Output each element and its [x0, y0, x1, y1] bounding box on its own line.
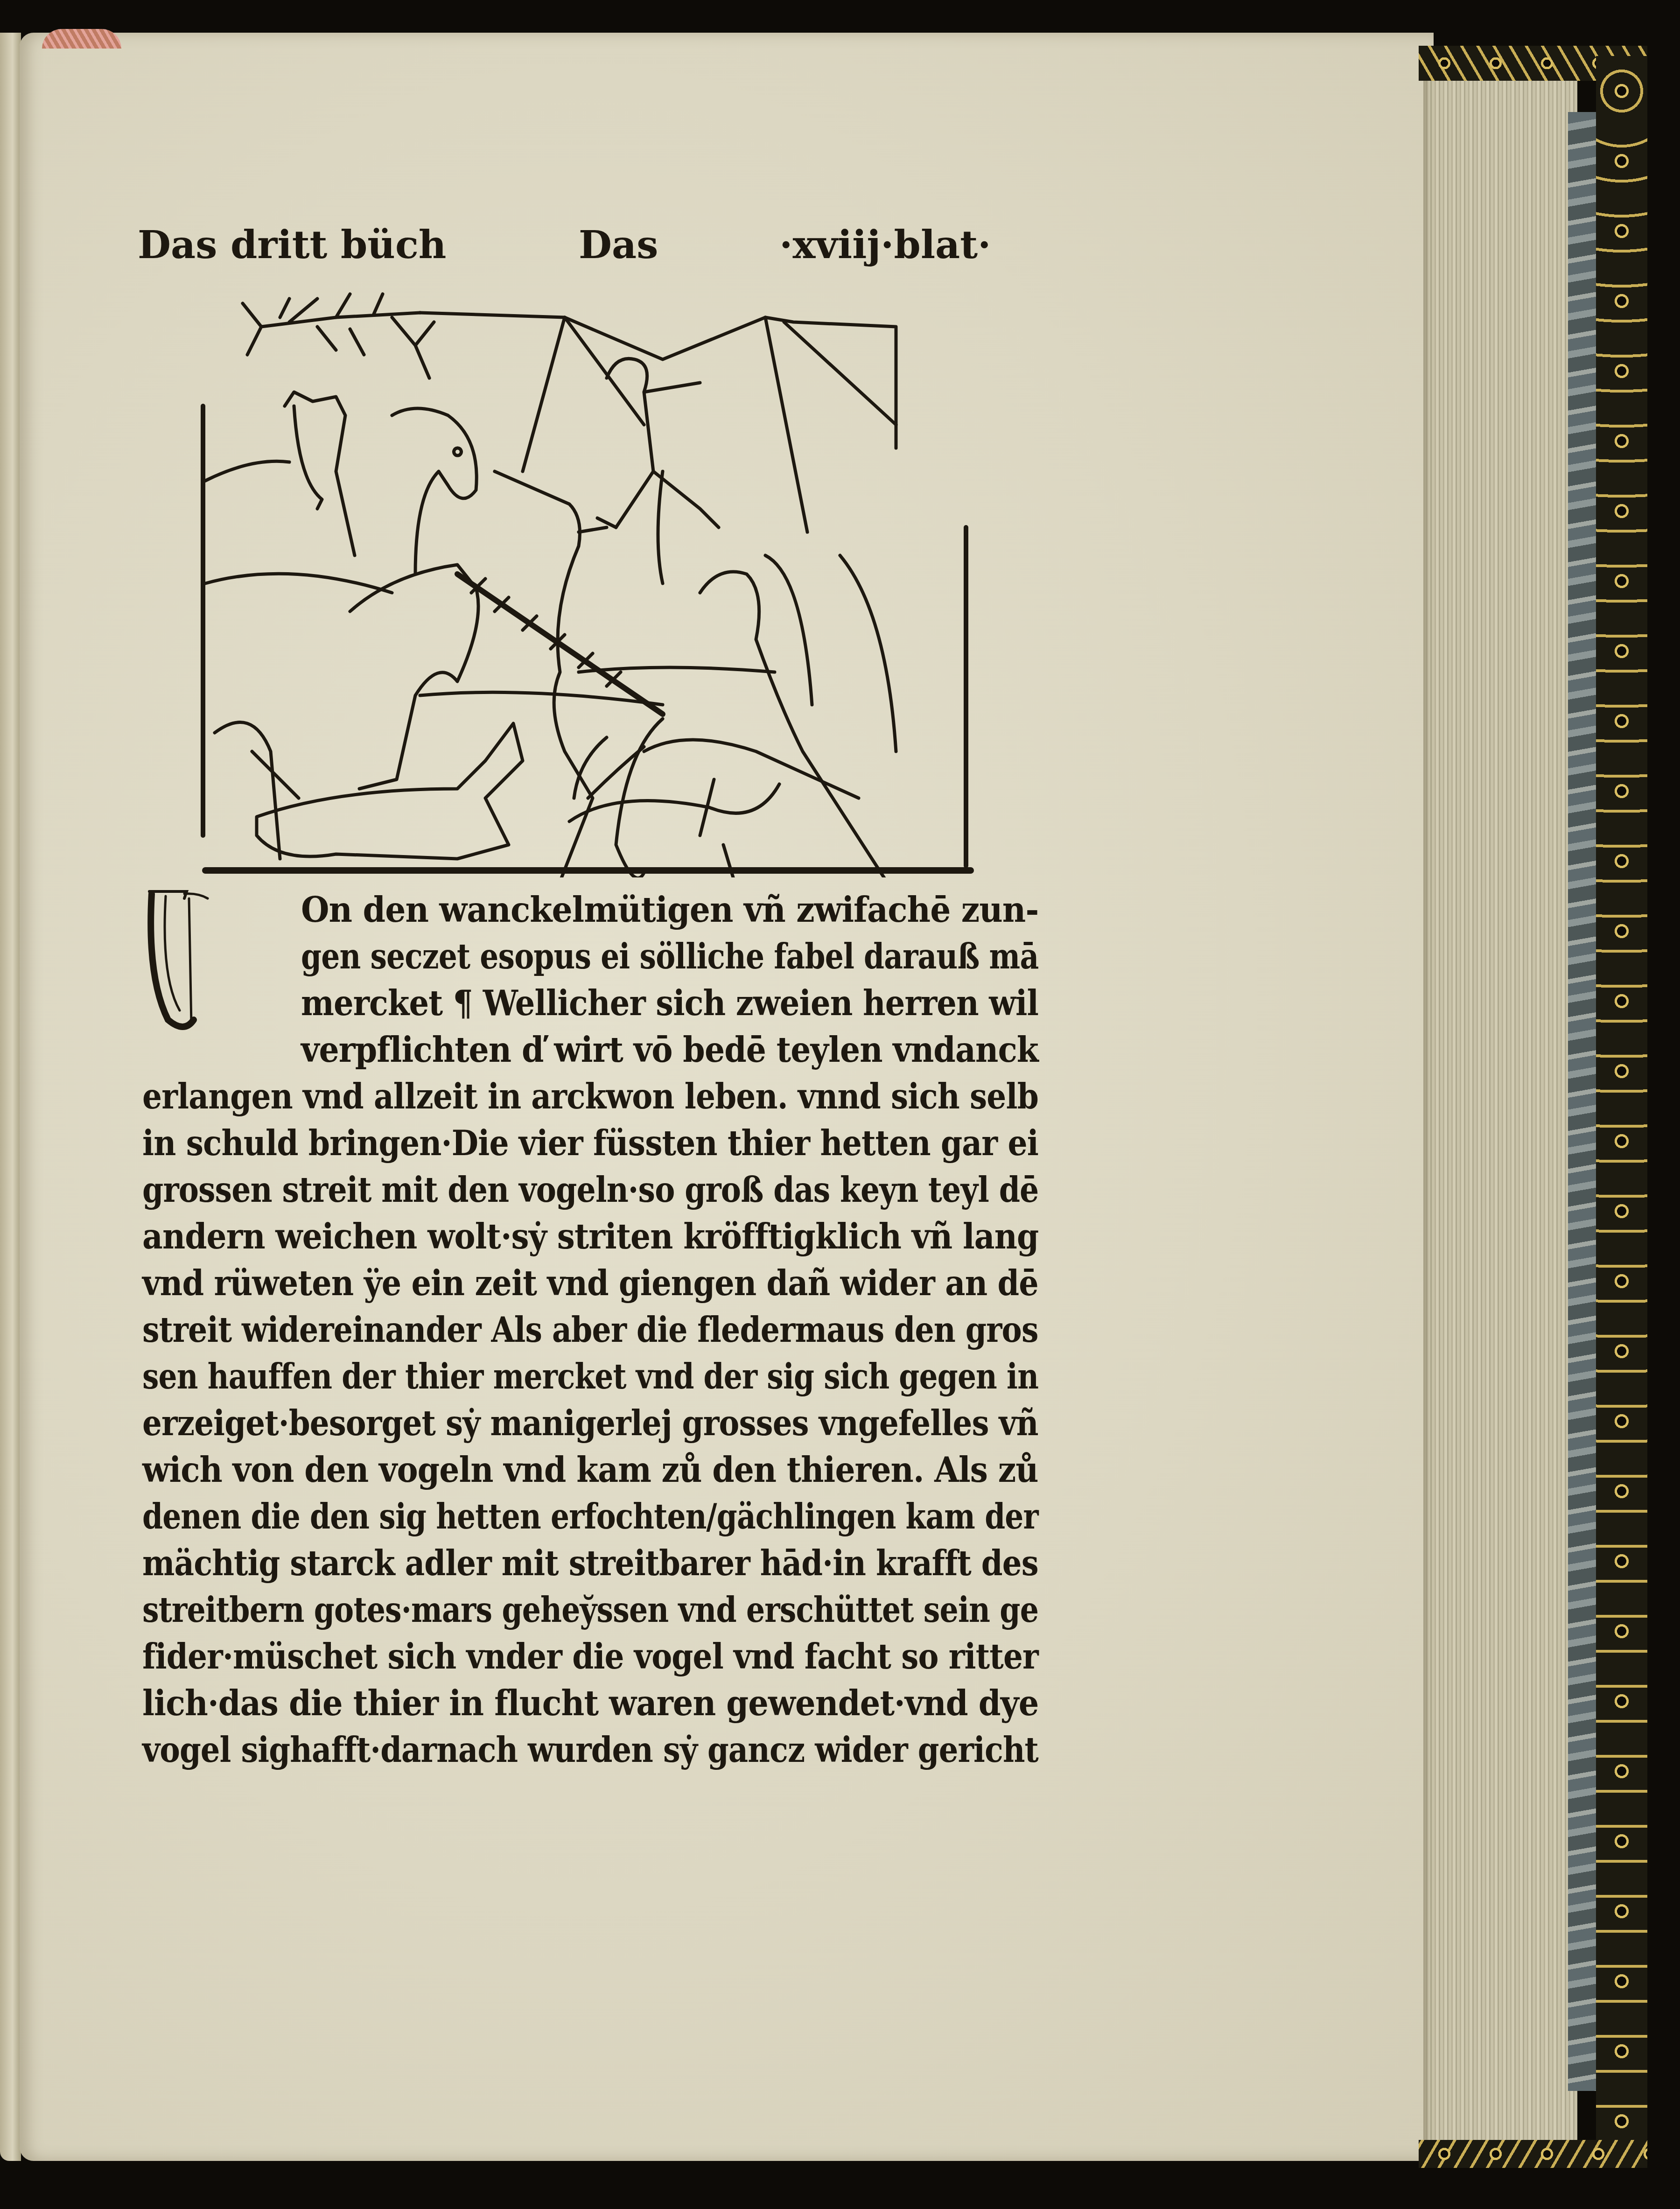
facing-page-edge — [0, 33, 21, 2161]
gilt-tooled-cover-bottom — [1419, 2140, 1647, 2168]
text-line: streit widereinander Als aber die fleder… — [142, 1307, 1038, 1353]
text-line: denen die den sig hetten erfochten/gächl… — [142, 1494, 1038, 1540]
text-line: vogel sighafft·darnach wurden sẏ gancz w… — [142, 1727, 1038, 1774]
text-line: fider·müschet sich vnder die vogel vnd f… — [142, 1634, 1038, 1680]
text-line: in schuld bringen·Die vier füssten thier… — [142, 1120, 1038, 1167]
drop-cap-initial: V — [142, 884, 296, 1038]
marbled-endpaper — [1568, 112, 1596, 2091]
text-line: erlangen vnd allzeit in arckwon leben. v… — [142, 1073, 1038, 1120]
text-line: erzeiget·besorget sẏ manigerlej grosses … — [142, 1400, 1038, 1447]
text-line: On den wanckelmütigen vñ zwifachē zun- — [301, 887, 1038, 933]
headband — [42, 29, 121, 49]
text-line: mächtig starck adler mit streitbarer hād… — [142, 1540, 1038, 1587]
text-line: wich von den vogeln vnd kam zů den thier… — [142, 1447, 1038, 1494]
text-line: grossen streit mit den vogeln·so groß da… — [142, 1167, 1038, 1213]
page-block-fore-edge — [1423, 54, 1577, 2159]
text-line: andern weichen wolt·sẏ striten kröfftigk… — [142, 1213, 1038, 1260]
running-head-center: Das — [579, 219, 658, 271]
text-line: sen hauffen der thier mercket vnd der si… — [142, 1353, 1038, 1400]
text-line: verpflichten ď wirt vō bedē teylen vndan… — [301, 1027, 1038, 1073]
folio-number: ·xviij·blat· — [779, 219, 991, 271]
text-line: vnd rüweten ÿe ein zeit vnd giengen dañ … — [142, 1260, 1038, 1307]
running-head-book: Das dritt büch — [138, 219, 446, 271]
woodcut-illustration — [196, 285, 980, 877]
text-line: lich·das die thier in flucht waren gewen… — [142, 1680, 1038, 1727]
text-line: streitbern gotes·mars gehey̆ssen vnd ers… — [142, 1587, 1038, 1634]
text-line: mercket ¶ Wellicher sich zweien herren w… — [301, 980, 1038, 1027]
text-line: gen seczet esopus ei sölliche fabel dara… — [301, 933, 1038, 980]
gilt-tooled-cover-border — [1596, 56, 1647, 2166]
